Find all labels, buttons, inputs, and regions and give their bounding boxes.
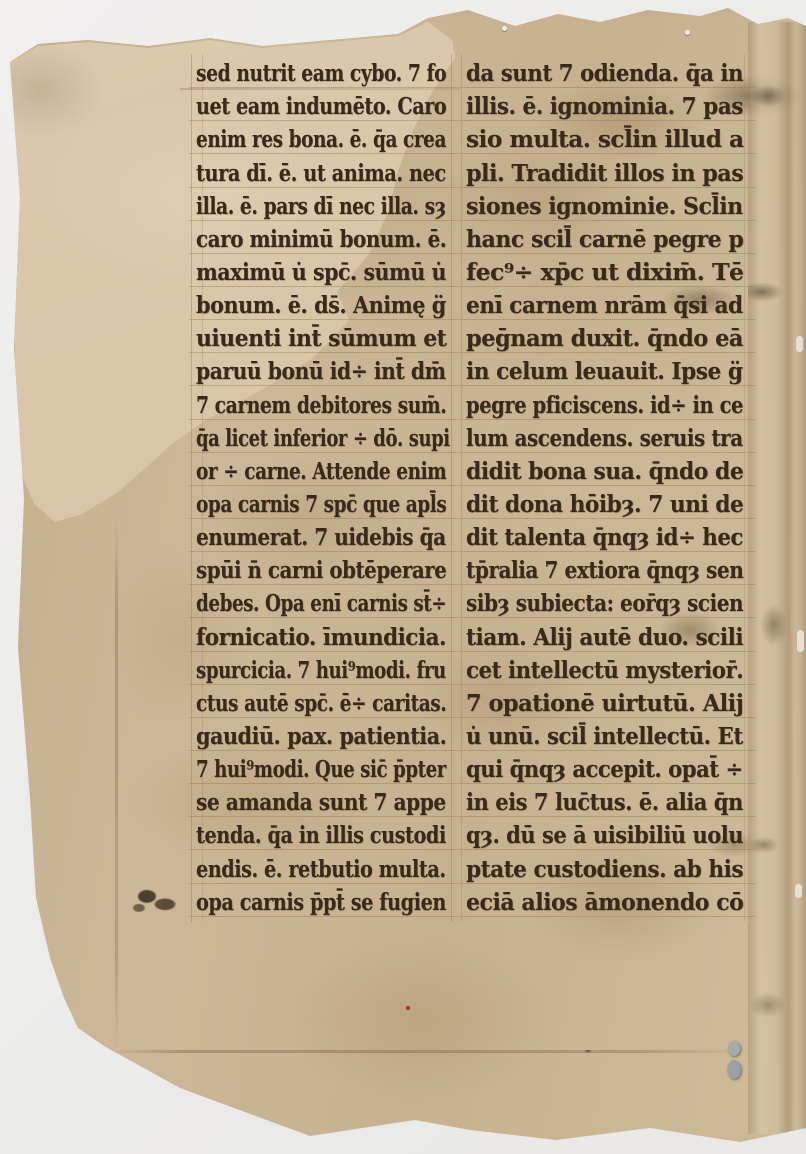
manuscript-line: peḡnam duxit. q̄ndo eā [466,323,743,356]
frayed-edge-bit [796,336,803,352]
manuscript-line: hanc scil̄ carnē pegre p [466,224,743,257]
manuscript-line: gaudiū. pax. patientia. [196,721,446,754]
manuscript-line-text: enī carnem nrām q̄si ad [466,292,743,319]
manuscript-line-text: dit talenta q̄nqȝ id÷ hec [466,524,743,551]
ruling-line [459,452,755,453]
manuscript-line: 7 hui⁹modi. Que sic̄ p̄pter [196,754,446,787]
manuscript-line-text: endis. ē. retbutio multa. [196,856,446,883]
manuscript-line: dit talenta q̄nqȝ id÷ hec [466,522,743,555]
ruling-line [459,750,755,751]
manuscript-line-text: paruū bonū id÷ int̄ dm̄ [196,358,446,385]
manuscript-line-text: in eis 7 luc̄tus. ē. alia q̄n [466,789,743,816]
manuscript-line-text: fec⁹÷ xp̄c ut dixim̄. Tē [466,259,743,286]
frayed-edge-bit [797,630,804,652]
manuscript-line: enumerat. 7 uidebis q̄a [196,522,446,555]
crease-line-vertical [115,515,118,1050]
manuscript-line-text: pegre pficiscens. id÷ in ce [466,392,743,419]
manuscript-line-text: debes. Opa enī carnis st̄÷ [196,590,446,617]
sewing-hole [685,30,690,35]
manuscript-line-text: spūi n̄ carni obtēperare [196,557,446,584]
manuscript-line: tp̄ralia 7 extiora q̄nqȝ sen [466,555,743,588]
manuscript-line: enī carnem nrām q̄si ad [466,290,743,323]
ruling-line [459,352,755,353]
ruling-line [459,717,755,718]
ruling-line [189,253,458,254]
manuscript-line: se amanda sunt 7 appe [196,787,446,820]
ruling-line [189,750,458,751]
ruling-line [189,319,458,320]
ruling-line [189,684,458,685]
ruling-line [189,419,458,420]
manuscript-line: spurcicia. 7 hui⁹modi. fru [196,655,446,688]
manuscript-line-text: tenda. q̄a in illis custodi [196,822,446,849]
manuscript-line: tura dī. ē. ut anima. nec [196,157,446,190]
text-column-right: da sunt 7 odienda. q̄a inillis. ē. ignom… [466,58,743,920]
manuscript-line-text: opa carnis 7 spc̄ que apl̄s [196,491,446,518]
manuscript-line: or ÷ carne. Attende enim [196,456,446,489]
ruling-line [459,584,755,585]
manuscript-line: in eis 7 luc̄tus. ē. alia q̄n [466,787,743,820]
manuscript-line-text: sed nutrit eam cybo. 7 fo [196,60,446,87]
manuscript-line: u̇ unū. scil̄ intellectū. Et [466,721,743,754]
manuscript-line-text: da sunt 7 odienda. q̄a in [466,60,743,87]
ruling-line [459,816,755,817]
manuscript-line: caro minimū bonum. ē. [196,224,446,257]
parchment-leaf: sed nutrit eam cybo. 7 fouet eam indumēt… [0,0,806,1154]
manuscript-line-text: illis. ē. ignominia. 7 pas [466,93,743,120]
manuscript-line: didit bona sua. q̄ndo de [466,456,743,489]
ruling-line [189,220,458,221]
manuscript-line-text: gaudiū. pax. patientia. [196,723,446,750]
manuscript-line: enim res bona. ē. q̄a crea [196,124,446,157]
manuscript-line: uet eam indumēto. Caro [196,91,446,124]
fold-strip [748,22,794,1134]
ruling-line [459,87,755,88]
ruling-line [189,783,458,784]
ruling-line [459,883,755,884]
manuscript-line: q̄a licet inferior ÷ dō. supi [196,423,446,456]
manuscript-line-text: ptate custodiens. ab his [466,856,743,883]
manuscript-line-text: qȝ. dū se ā uisibiliū uolu [466,822,743,849]
ruling-line [459,385,755,386]
ruling-line [459,916,755,917]
manuscript-line-text: u̇ unū. scil̄ intellectū. Et [466,723,743,750]
manuscript-line-text: enim res bona. ē. q̄a crea [196,126,446,153]
manuscript-line-text: ctus autē spc̄. ē÷ caritas. [196,690,446,717]
manuscript-line-text: didit bona sua. q̄ndo de [466,458,743,485]
ruling-line [459,220,755,221]
manuscript-line: 7 carnem debitores sum̄. [196,389,446,422]
manuscript-line: eciā alios āmonendo cō [466,887,743,920]
manuscript-line: da sunt 7 odienda. q̄a in [466,58,743,91]
manuscript-line-text: enumerat. 7 uidebis q̄a [196,524,446,551]
ruling-line [189,849,458,850]
manuscript-line-text: tp̄ralia 7 extiora q̄nqȝ sen [466,557,743,584]
sewing-hole [502,26,507,31]
manuscript-line-text: illa. ē. pars dī nec illa. sȝ [196,193,446,220]
ruling-line [459,849,755,850]
ruling-line [189,584,458,585]
manuscript-line: cet intellectū mysterior̄. [466,655,743,688]
ruling-line [459,319,755,320]
manuscript-line: opa carnis p̄pt̄ se fugien [196,887,446,920]
manuscript-line-text: lum ascendens. seruis tra [466,425,743,452]
manuscript-line-text: sio multa. scl̄in illud a [466,126,743,153]
ruling-line [189,883,458,884]
manuscript-line-text: spurcicia. 7 hui⁹modi. fru [196,657,446,684]
ruling-line [189,485,458,486]
ruling-line [189,551,458,552]
ruling-line [459,187,755,188]
manuscript-line: illis. ē. ignominia. 7 pas [466,91,743,124]
manuscript-line: pli. Tradidit illos in pas [466,157,743,190]
manuscript-line-text: q̄a licet inferior ÷ dō. supi [196,425,450,452]
ruling-line [189,153,458,154]
manuscript-line: sibȝ subiecta: eor̄qȝ scien [466,588,743,621]
manuscript-line: tenda. q̄a in illis custodi [196,820,446,853]
manuscript-line: qui q̄nqȝ accepit. opat̄ ÷ [466,754,743,787]
manuscript-line-text: uiuenti int̄ sūmum et [196,325,446,352]
worm-hole [722,1036,746,1084]
ruling-vertical [744,54,745,922]
manuscript-line: spūi n̄ carni obtēperare [196,555,446,588]
photo-background: sed nutrit eam cybo. 7 fouet eam indumēt… [0,0,806,1154]
ruling-line [189,452,458,453]
manuscript-line-text: siones ignominie. Scl̄in [466,193,743,220]
ink-blot [132,882,182,918]
manuscript-line-text: tiam. Alij autē duo. scili [466,624,743,651]
red-pigment-speck [406,1006,410,1010]
manuscript-line-text: or ÷ carne. Attende enim [196,458,446,485]
manuscript-line: endis. ē. retbutio multa. [196,853,446,886]
manuscript-line-text: sibȝ subiecta: eor̄qȝ scien [466,590,743,617]
crease-line-horizontal [108,1050,748,1053]
ruling-line [189,352,458,353]
manuscript-line: qȝ. dū se ā uisibiliū uolu [466,820,743,853]
manuscript-line: illa. ē. pars dī nec illa. sȝ [196,191,446,224]
manuscript-line-text: maximū u̇ spc̄. sūmū u̇ [196,259,446,286]
manuscript-line-text: fornicatio. īmundicia. [196,624,446,651]
manuscript-line: siones ignominie. Scl̄in [466,191,743,224]
manuscript-line-text: pli. Tradidit illos in pas [466,160,743,187]
manuscript-line-text: uet eam indumēto. Caro [196,93,446,120]
ruling-line [189,385,458,386]
ruling-line [459,253,755,254]
frayed-edge-bit [795,884,802,898]
manuscript-line: paruū bonū id÷ int̄ dm̄ [196,356,446,389]
ruling-vertical [451,54,452,922]
ruling-line [459,419,755,420]
manuscript-line: sio multa. scl̄in illud a [466,124,743,157]
ruling-vertical [191,54,192,922]
manuscript-line-text: cet intellectū mysterior̄. [466,657,743,684]
ruling-line [189,617,458,618]
manuscript-line-text: opa carnis p̄pt̄ se fugien [196,889,446,916]
manuscript-line: uiuenti int̄ sūmum et [196,323,446,356]
manuscript-line-text: eciā alios āmonendo cō [466,889,743,916]
manuscript-line: ptate custodiens. ab his [466,853,743,886]
ruling-line [459,153,755,154]
manuscript-line-text: 7 carnem debitores sum̄. [196,392,446,419]
ruling-line [189,717,458,718]
manuscript-line-text: bonum. ē. ds̄. Animę g̈ [196,292,446,319]
ruling-line [459,651,755,652]
manuscript-line-text: se amanda sunt 7 appe [196,789,446,816]
manuscript-line: tiam. Alij autē duo. scili [466,621,743,654]
manuscript-line: opa carnis 7 spc̄ que apl̄s [196,489,446,522]
ruling-line [189,651,458,652]
manuscript-line: fornicatio. īmundicia. [196,621,446,654]
manuscript-line-text: peḡnam duxit. q̄ndo eā [466,325,743,352]
ruling-line [189,518,458,519]
manuscript-line-text: 7 opationē uirtutū. Alij [466,690,743,717]
manuscript-line-text: qui q̄nqȝ accepit. opat̄ ÷ [466,756,743,783]
ruling-line [459,120,755,121]
manuscript-line-text: dit dona hōibȝ. 7 uni de [466,491,743,518]
manuscript-line: in celum leuauit. Ipse g̈ [466,356,743,389]
ruling-line [189,187,458,188]
ruling-line [189,916,458,917]
manuscript-line: debes. Opa enī carnis st̄÷ [196,588,446,621]
ruling-vertical [461,54,462,922]
ruling-line [459,551,755,552]
manuscript-line-text: 7 hui⁹modi. Que sic̄ p̄pter [196,756,446,783]
manuscript-line: fec⁹÷ xp̄c ut dixim̄. Tē [466,257,743,290]
ruling-line [189,120,458,121]
manuscript-line: pegre pficiscens. id÷ in ce [466,389,743,422]
manuscript-line: ctus autē spc̄. ē÷ caritas. [196,688,446,721]
ruling-line [459,783,755,784]
manuscript-line: maximū u̇ spc̄. sūmū u̇ [196,257,446,290]
ruling-line [459,286,755,287]
manuscript-line: dit dona hōibȝ. 7 uni de [466,489,743,522]
manuscript-line-text: tura dī. ē. ut anima. nec [196,160,446,187]
text-column-left: sed nutrit eam cybo. 7 fouet eam indumēt… [196,58,446,920]
ruling-line [459,485,755,486]
ruling-line [459,684,755,685]
ruling-line [459,518,755,519]
crease-line-top [180,88,460,90]
manuscript-line: 7 opationē uirtutū. Alij [466,688,743,721]
manuscript-line: sed nutrit eam cybo. 7 fo [196,58,446,91]
ruling-line [189,286,458,287]
manuscript-line-text: caro minimū bonum. ē. [196,226,446,253]
ruling-line [189,816,458,817]
manuscript-line-text: hanc scil̄ carnē pegre p [466,226,743,253]
manuscript-line-text: in celum leuauit. Ipse g̈ [466,358,743,385]
manuscript-line: bonum. ē. ds̄. Animę g̈ [196,290,446,323]
ruling-line [459,617,755,618]
manuscript-line: lum ascendens. seruis tra [466,423,743,456]
